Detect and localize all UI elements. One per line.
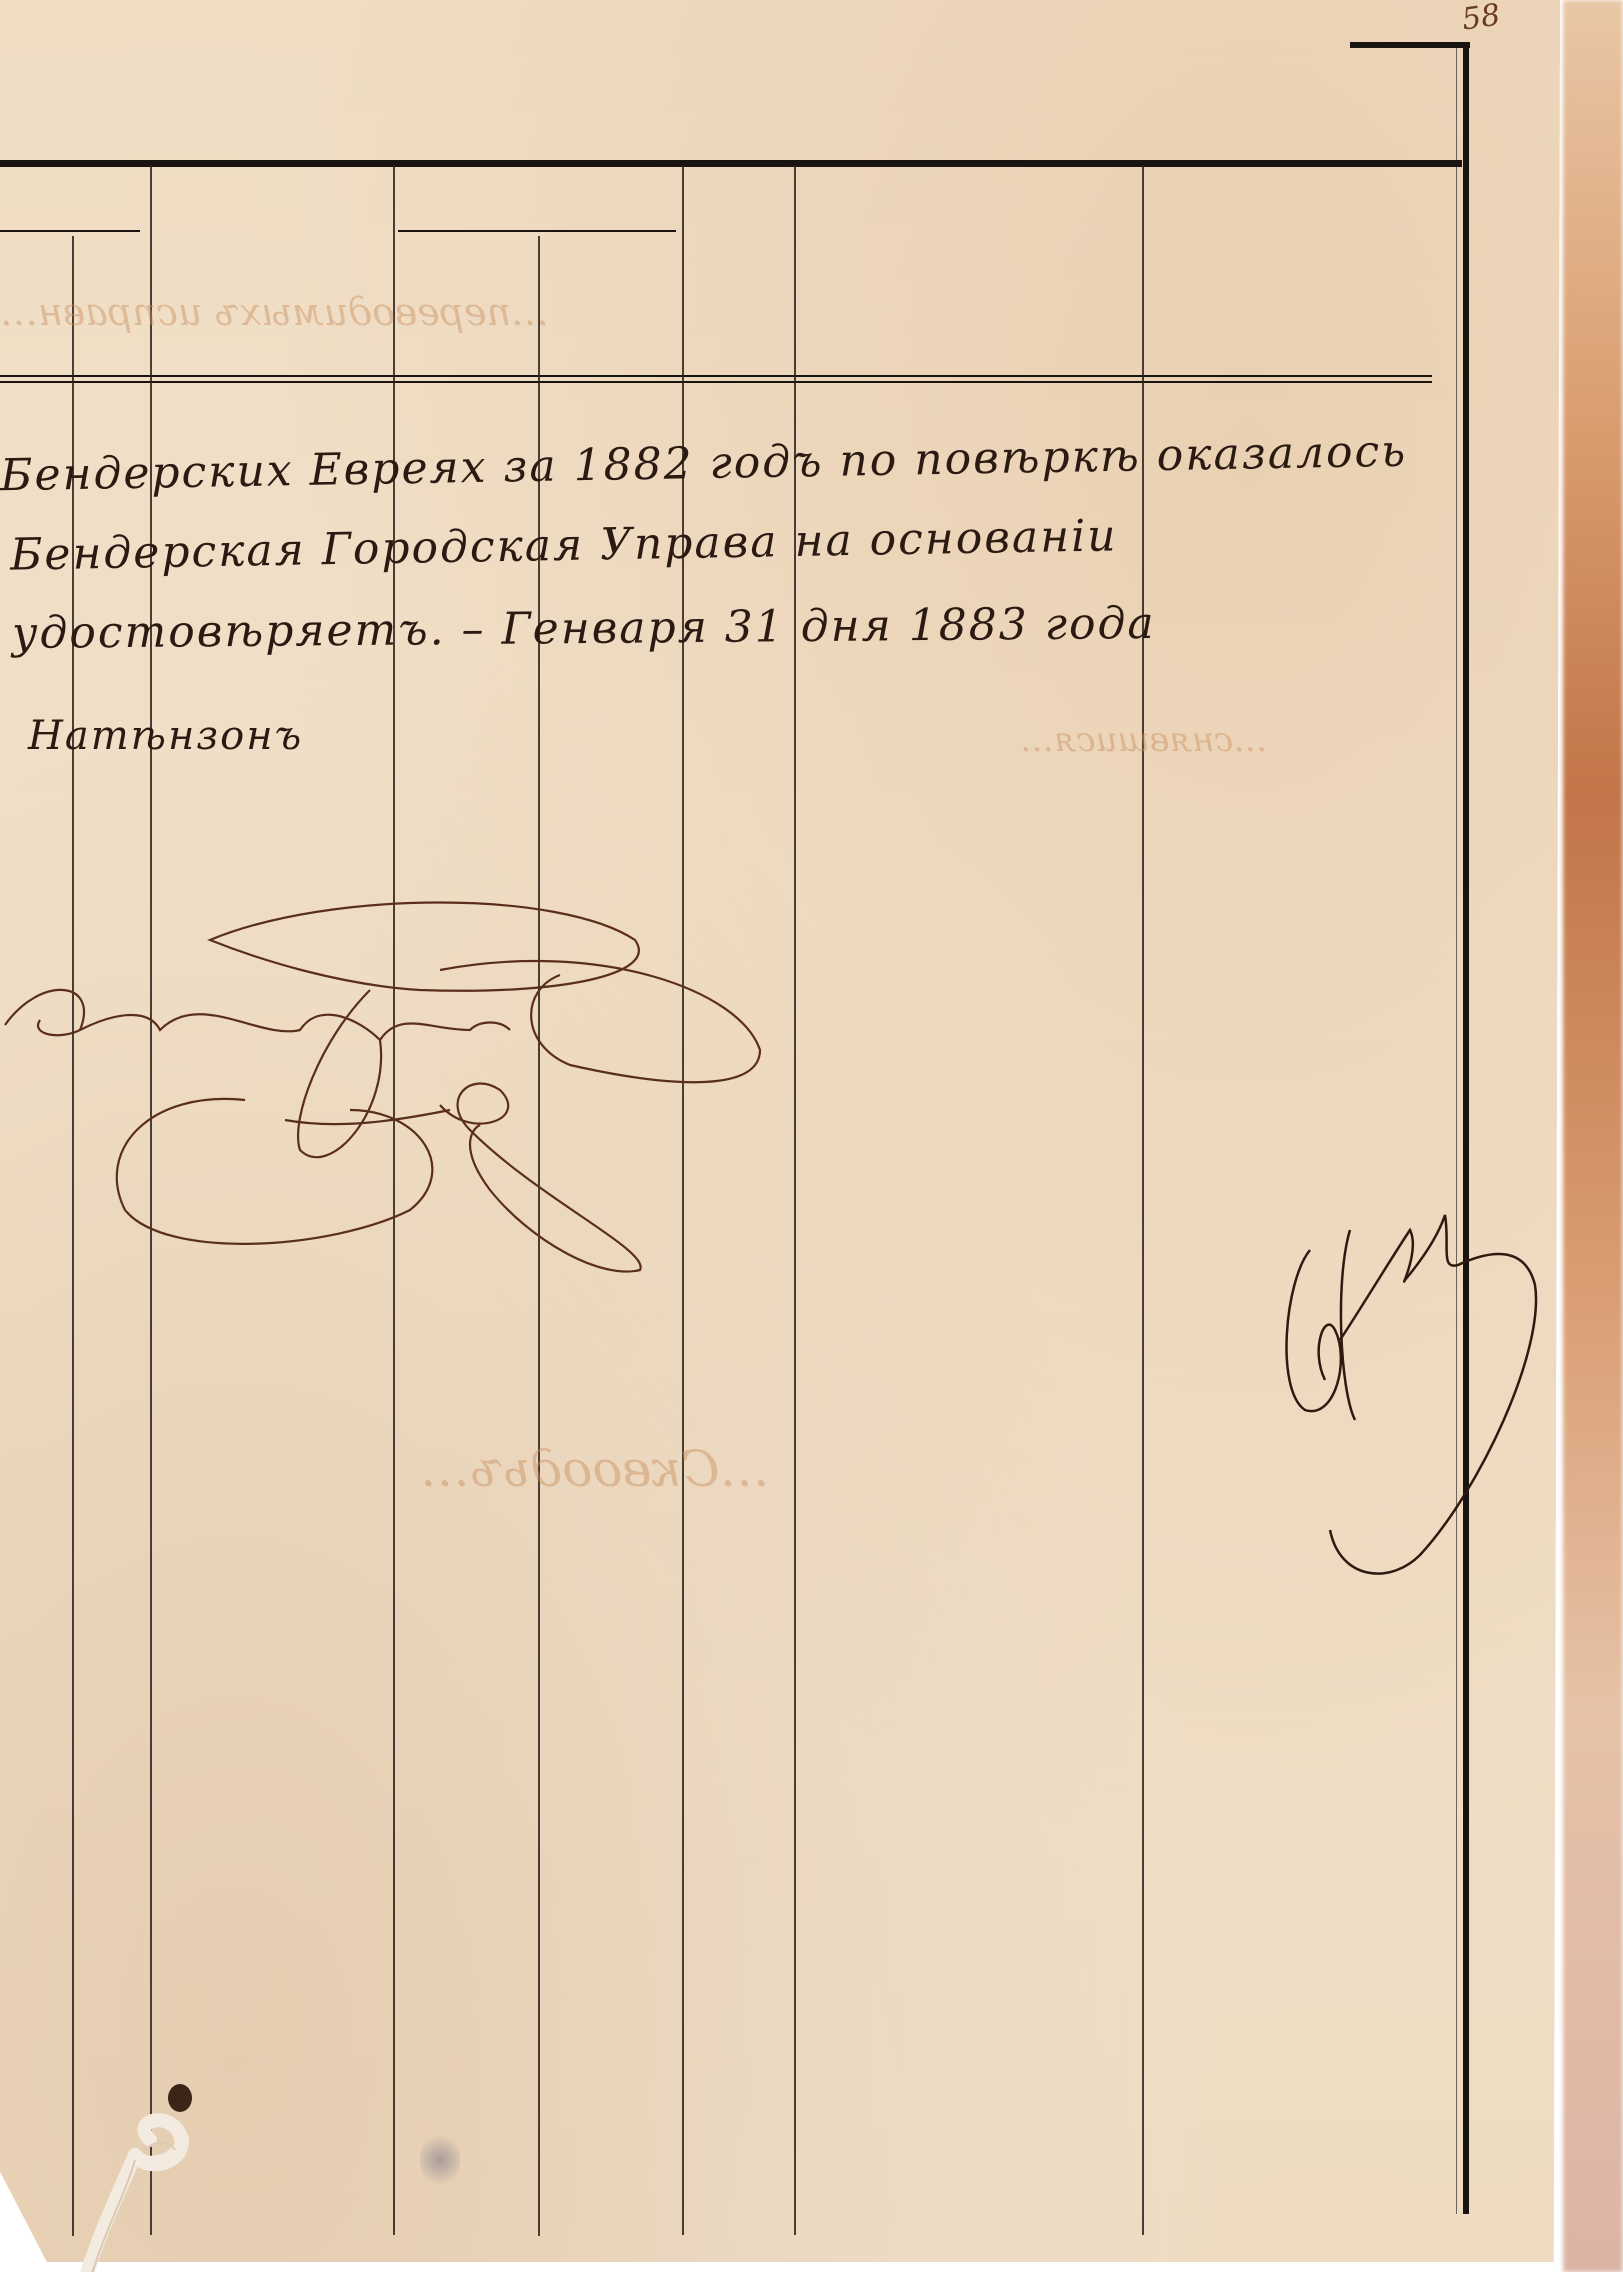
handwritten-line-3: удостовѣряетъ. – Генваря 31 дня 1883 год… bbox=[12, 598, 1156, 659]
page-number: 58 bbox=[1460, 0, 1503, 37]
header-double-rule-b bbox=[0, 381, 1432, 383]
flourish-signature-icon bbox=[0, 880, 780, 1280]
header-double-rule-a bbox=[0, 375, 1432, 377]
right-thin-border bbox=[1456, 44, 1457, 2214]
right-signature-icon bbox=[1280, 1190, 1540, 1590]
frame-top-rule bbox=[1350, 42, 1470, 48]
bleed-through-text: …снявшися… bbox=[1020, 720, 1267, 760]
bleed-through-text: …переводимыхъ исправн… bbox=[0, 290, 549, 334]
faded-stamp bbox=[420, 2130, 460, 2190]
binding-cord-icon bbox=[40, 2080, 280, 2272]
header-subrule-left bbox=[0, 230, 140, 232]
header-subrule-mid bbox=[398, 230, 676, 232]
handwritten-name: Натѣнзонъ bbox=[28, 713, 303, 759]
right-thick-border bbox=[1463, 44, 1469, 2214]
bleed-through-text: …Сквоодьъ… bbox=[420, 1440, 770, 1498]
top-thick-rule bbox=[0, 160, 1462, 167]
page-edge-stain bbox=[1563, 0, 1623, 2272]
